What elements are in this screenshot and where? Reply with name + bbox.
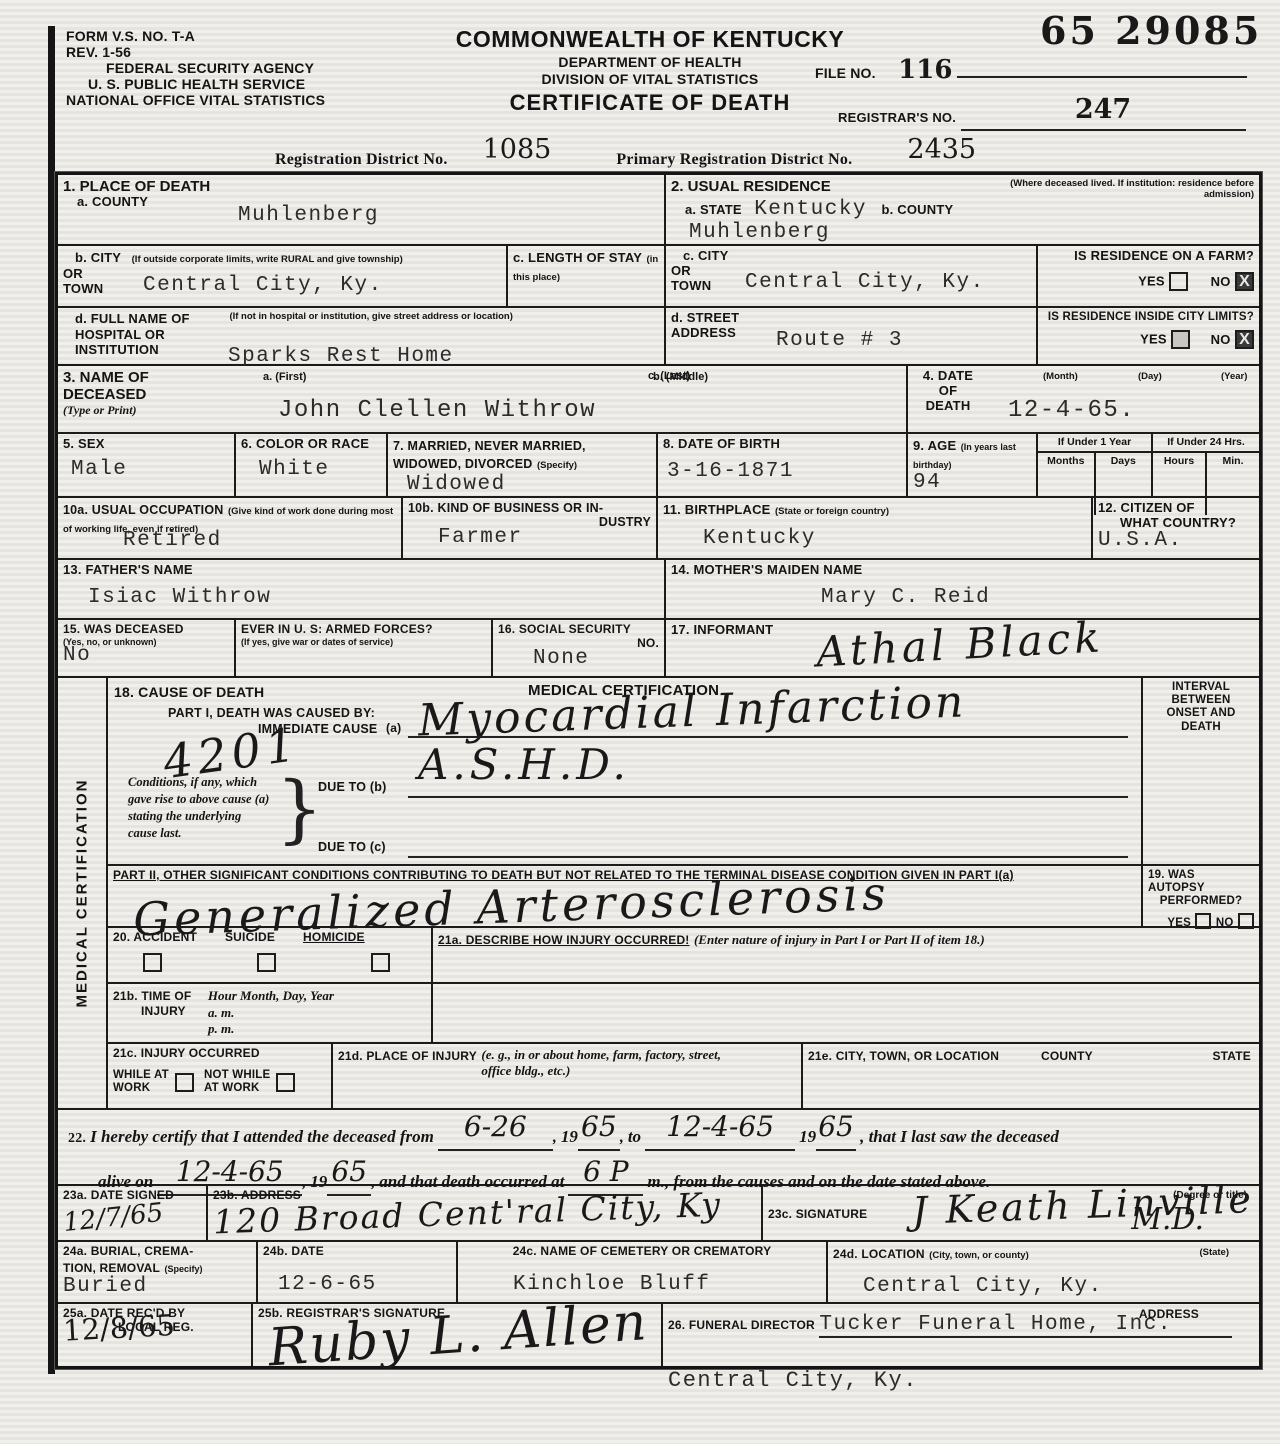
conditions-brace: } xyxy=(276,766,323,852)
date-of-death-cell: c. (Last) 4. DATE OF DEATH (Month) (Day)… xyxy=(908,366,1259,432)
certify-no: 22. xyxy=(68,1131,86,1146)
citizen-cell: 12. CITIZEN OF WHAT COUNTRY? U.S.A. xyxy=(1093,498,1259,558)
age-label: 9. AGE xyxy=(913,438,956,453)
funeral-director-city: Central City, Ky. xyxy=(668,1368,918,1393)
commonwealth-title: COMMONWEALTH OF KENTUCKY xyxy=(420,26,880,52)
burial-state-note: (State) xyxy=(1199,1247,1229,1258)
injury-state-label: STATE xyxy=(1212,1050,1251,1064)
month-col-label: (Month) xyxy=(1043,371,1078,382)
form-number: FORM V.S. NO. T-A xyxy=(66,28,325,44)
usual-residence-note: (Where deceased lived. If institution: r… xyxy=(1009,178,1254,201)
registrar-no-underline: 247 xyxy=(961,98,1246,131)
date-recd-cell: 25a. DATE REC'D BY LOCAL REG. 12/8/65 xyxy=(58,1304,253,1366)
was-deceased-cell: 15. WAS DECEASED (Yes, no, or unknown) N… xyxy=(58,620,236,676)
dob-label: 8. DATE OF BIRTH xyxy=(663,437,901,452)
division-line: DIVISION OF VITAL STATISTICS xyxy=(420,71,880,87)
street-label: d. STREET ADDRESS xyxy=(671,311,751,341)
certify-to-year: 65 xyxy=(818,1110,854,1143)
address-23b-cell: 23b. ADDRESS 120 Broad Cent'ral City, Ky xyxy=(208,1186,763,1240)
form-id-block: FORM V.S. NO. T-A REV. 1-56 FEDERAL SECU… xyxy=(66,28,325,108)
certify-alive-date: 12-4-65 xyxy=(176,1155,284,1188)
due-to-c-label: DUE TO (c) xyxy=(318,840,386,854)
not-while-at-work-checkbox xyxy=(276,1073,295,1092)
city-limits-cell: IS RESIDENCE INSIDE CITY LIMITS? YES NO … xyxy=(1038,308,1259,364)
marital-note: (Specify) xyxy=(537,460,577,471)
certify-from-date: 6-26 xyxy=(464,1110,527,1143)
day-col-label: (Day) xyxy=(1138,371,1162,382)
injury-county-label: COUNTY xyxy=(1041,1050,1093,1064)
comma-2: , xyxy=(620,1129,624,1146)
time-of-injury-blank xyxy=(433,984,1259,1042)
father-value: Isiac Withrow xyxy=(88,586,659,609)
race-label: 6. COLOR OR RACE xyxy=(241,437,381,452)
residence-state-label: a. STATE xyxy=(685,202,742,217)
injury-occurred-label: 21c. INJURY OCCURRED xyxy=(113,1047,326,1061)
place-city-label: b. CITY xyxy=(75,250,121,265)
registrar-no-line: REGISTRAR'S NO. 247 xyxy=(838,98,1246,131)
burial-type-label-2: TION, REMOVAL xyxy=(63,1261,160,1275)
year-printed-2: 19 xyxy=(799,1127,816,1146)
residence-city-cell: c. CITY OR TOWN Central City, Ky. xyxy=(666,246,1038,306)
dod-label-1: 4. DATE xyxy=(913,369,983,384)
autopsy-yes-label: YES xyxy=(1167,917,1191,929)
limits-yes-checkbox xyxy=(1171,330,1190,349)
dod-label-3: DEATH xyxy=(913,399,983,414)
injury-city-label: 21e. CITY, TOWN, OR LOCATION xyxy=(808,1049,999,1063)
occupation-value: Retired xyxy=(123,529,396,552)
time-of-injury-label-1: 21b. TIME OF xyxy=(113,989,191,1003)
reg-district-underline: 1085 xyxy=(452,140,582,173)
part2-cell: PART II, OTHER SIGNIFICANT CONDITIONS CO… xyxy=(108,866,1143,926)
certify-text-1: I hereby certify that I attended the dec… xyxy=(90,1127,434,1146)
under-1-year-cell: If Under 1 Year Months Days xyxy=(1038,434,1153,496)
pm-label: p. m. xyxy=(208,1021,426,1037)
farm-no-label: NO xyxy=(1211,274,1231,289)
cemetery-value: Kinchloe Bluff xyxy=(513,1273,821,1296)
dob-value: 3-16-1871 xyxy=(667,460,901,483)
cause-b-value: A.S.H.D. xyxy=(418,740,630,789)
year-printed-1: 19 xyxy=(561,1127,578,1146)
first-col-label: a. (First) xyxy=(263,371,306,384)
burial-date-cell: 24b. DATE 12-6-65 xyxy=(258,1242,458,1302)
am-label: a. m. xyxy=(208,1005,426,1021)
armed-forces-cell: EVER IN U. S: ARMED FORCES? (If yes, giv… xyxy=(236,620,493,676)
cemetery-label: 24c. NAME OF CEMETERY OR CREMATORY xyxy=(463,1245,821,1259)
injury-describe-note: (Enter nature of injury in Part I or Par… xyxy=(694,932,985,947)
time-of-injury-note: Hour Month, Day, Year xyxy=(208,988,334,1003)
business-label: 10b. KIND OF BUSINESS OR IN- xyxy=(408,501,651,515)
file-no-value: 116 xyxy=(898,55,952,85)
marital-cell: 7. MARRIED, NEVER MARRIED, WIDOWED, DIVO… xyxy=(388,434,658,496)
burial-type-cell: 24a. BURIAL, CREMA- TION, REMOVAL (Speci… xyxy=(58,1242,258,1302)
name-cell: 3. NAME OF DECEASED (Type or Print) a. (… xyxy=(58,366,908,432)
street-value: Route # 3 xyxy=(776,329,1031,352)
form-revision: REV. 1-56 xyxy=(66,44,325,60)
business-cell: 10b. KIND OF BUSINESS OR IN- DUSTRY Farm… xyxy=(403,498,658,558)
limits-no-label: NO xyxy=(1211,332,1231,347)
autopsy-cell: 19. WAS AUTOPSY PERFORMED? YES NO xyxy=(1143,866,1259,926)
father-label: 13. FATHER'S NAME xyxy=(63,563,659,578)
citizen-value: U.S.A. xyxy=(1098,529,1254,552)
name-sub-label: (Type or Print) xyxy=(63,403,233,417)
farm-no-checkbox: X xyxy=(1235,272,1254,291)
ssn-label-1: 16. SOCIAL SECURITY xyxy=(498,623,659,637)
under-24-hrs-label: If Under 24 Hrs. xyxy=(1153,434,1259,453)
homicide-checkbox xyxy=(371,953,390,972)
registrar-no-label: REGISTRAR'S NO. xyxy=(838,110,956,125)
signature-23c-label: 23c. SIGNATURE xyxy=(768,1207,867,1221)
occupation-label: 10a. USUAL OCCUPATION xyxy=(63,503,223,517)
deceased-name-value: John Clellen Withrow xyxy=(278,397,596,424)
part1-label: PART I, DEATH WAS CAUSED BY: xyxy=(168,706,375,720)
birthplace-cell: 11. BIRTHPLACE (State or foreign country… xyxy=(658,498,1093,558)
limits-no-checkbox: X xyxy=(1235,330,1254,349)
name-label: 3. NAME OF DECEASED xyxy=(63,369,183,403)
limits-yes-label: YES xyxy=(1140,332,1167,347)
primary-reg-label: Primary Registration District No. xyxy=(616,151,852,168)
birthplace-note: (State or foreign country) xyxy=(775,506,889,517)
comma-1: , xyxy=(553,1129,557,1146)
residence-farm-cell: IS RESIDENCE ON A FARM? YES NO X xyxy=(1038,246,1259,306)
agency-line-2: U. S. PUBLIC HEALTH SERVICE xyxy=(88,76,325,92)
reg-district-label: Registration District No. xyxy=(275,151,448,168)
marital-value: Widowed xyxy=(407,473,651,496)
certify-to: to xyxy=(628,1127,641,1146)
under-1-year-label: If Under 1 Year xyxy=(1038,434,1151,453)
dob-cell: 8. DATE OF BIRTH 3-16-1871 xyxy=(658,434,908,496)
place-of-injury-cell: 21d. PLACE OF INJURY (e. g., in or about… xyxy=(333,1044,803,1108)
cause-c-line xyxy=(408,856,1128,858)
residence-county-label: b. COUNTY xyxy=(881,202,953,217)
was-deceased-label: 15. WAS DECEASED xyxy=(63,623,229,637)
certify-row: 22. I hereby certify that I attended the… xyxy=(58,1110,1259,1186)
mother-label: 14. MOTHER'S MAIDEN NAME xyxy=(671,563,1254,578)
age-value: 94 xyxy=(913,471,1031,494)
year-col-label: (Year) xyxy=(1221,371,1247,382)
serial-number: 65 29085 xyxy=(1040,8,1262,53)
interval-cell: INTERVAL BETWEEN ONSET AND DEATH xyxy=(1143,678,1259,864)
burial-type-label-1: 24a. BURIAL, CREMA- xyxy=(63,1245,251,1259)
hospital-cell: d. FULL NAME OF HOSPITAL OR INSTITUTION … xyxy=(58,308,666,364)
registration-district-line: Registration District No. 1085 Primary R… xyxy=(275,140,1027,173)
agency-line-1: FEDERAL SECURITY AGENCY xyxy=(106,60,325,76)
burial-date-label: 24b. DATE xyxy=(263,1245,451,1259)
informant-cell: 17. INFORMANT Athal Black xyxy=(666,620,1259,676)
under-24-hrs-cell: If Under 24 Hrs. Hours Min. xyxy=(1153,434,1259,496)
place-of-death-title: 1. PLACE OF DEATH xyxy=(63,178,659,195)
place-or-town-label: OR TOWN xyxy=(63,267,123,297)
residence-city-label: c. CITY xyxy=(683,249,1031,264)
ssn-cell: 16. SOCIAL SECURITY NO. None xyxy=(493,620,666,676)
residence-city-value: Central City, Ky. xyxy=(745,271,985,294)
line-a-label: (a) xyxy=(386,722,401,736)
cause-a-line xyxy=(408,736,1128,738)
father-cell: 13. FATHER'S NAME Isiac Withrow xyxy=(58,560,666,618)
burial-location-value: Central City, Ky. xyxy=(863,1275,1254,1298)
injury-city-cell: 21e. CITY, TOWN, OR LOCATION COUNTY STAT… xyxy=(803,1044,1259,1108)
place-city-value: Central City, Ky. xyxy=(143,274,383,297)
not-while-at-work-label: NOT WHILEAT WORK xyxy=(204,1069,276,1095)
funeral-director-cell: 26. FUNERAL DIRECTOR ADDRESS Tucker Fune… xyxy=(663,1304,1259,1366)
certify-to-year-underline: 65 xyxy=(816,1116,856,1151)
sex-label: 5. SEX xyxy=(63,437,229,452)
scan-edge-bar xyxy=(48,26,55,1374)
certify-text-2: , that I last saw the deceased xyxy=(860,1127,1059,1146)
file-no-underline xyxy=(957,76,1247,78)
certificate-title: CERTIFICATE OF DEATH xyxy=(420,90,880,115)
occupation-cell: 10a. USUAL OCCUPATION (Give kind of work… xyxy=(58,498,403,558)
primary-reg-underline: 2435 xyxy=(857,140,1027,173)
burial-location-note: (City, town, or county) xyxy=(929,1250,1029,1261)
autopsy-label-2: PERFORMED? xyxy=(1148,895,1254,908)
dept-line: DEPARTMENT OF HEALTH xyxy=(420,54,880,70)
primary-reg-value: 2435 xyxy=(907,134,976,165)
race-value: White xyxy=(259,458,381,481)
title-block: COMMONWEALTH OF KENTUCKY DEPARTMENT OF H… xyxy=(420,26,880,115)
residence-state-value: Kentucky xyxy=(754,198,867,221)
residence-or-town-label: OR TOWN xyxy=(671,264,731,294)
registrar-signature-value: Ruby L. Allen xyxy=(266,1291,657,1378)
place-of-injury-label: 21d. PLACE OF INJURY xyxy=(338,1049,477,1063)
injury-describe-cell: 21a. DESCRIBE HOW INJURY OCCURRED! (Ente… xyxy=(433,928,1259,982)
injury-occurred-cell: 21c. INJURY OCCURRED WHILE ATWORK NOT WH… xyxy=(108,1044,333,1108)
length-of-stay-label: c. LENGTH OF STAY xyxy=(513,250,642,265)
dod-label-2: OF xyxy=(913,384,983,399)
registrar-signature-cell: 25b. REGISTRAR'S SIGNATURE Ruby L. Allen xyxy=(253,1304,663,1366)
street-address-cell: d. STREET ADDRESS Route # 3 xyxy=(666,308,1038,364)
certify-to-underline: 12-4-65 xyxy=(645,1116,795,1151)
length-of-stay-cell: c. LENGTH OF STAY (in this place) xyxy=(508,246,666,306)
certify-alive-year: 65 xyxy=(331,1155,367,1188)
certify-death-time: 6 P xyxy=(583,1155,629,1188)
while-at-work-label: WHILE ATWORK xyxy=(113,1069,175,1095)
registrar-no-value: 247 xyxy=(1075,94,1131,125)
place-county-value: Muhlenberg xyxy=(238,204,659,227)
armed-forces-label: EVER IN U. S: ARMED FORCES? xyxy=(241,623,486,637)
cause-of-death-cell: 18. CAUSE OF DEATH MEDICAL CERTIFICATION… xyxy=(108,678,1143,864)
conditions-note: Conditions, if any, which gave rise to a… xyxy=(128,774,273,842)
reg-district-value: 1085 xyxy=(483,134,552,165)
hospital-value: Sparks Rest Home xyxy=(228,345,659,368)
certificate-table: 1. PLACE OF DEATH a. COUNTY Muhlenberg 2… xyxy=(55,172,1262,1369)
funeral-director-label: 26. FUNERAL DIRECTOR xyxy=(668,1318,815,1332)
race-cell: 6. COLOR OR RACE White xyxy=(236,434,388,496)
usual-residence-cell: 2. USUAL RESIDENCE (Where deceased lived… xyxy=(666,175,1259,244)
citizen-label-1: 12. CITIZEN OF xyxy=(1098,501,1254,516)
while-at-work-checkbox xyxy=(175,1073,194,1092)
residence-county-value: Muhlenberg xyxy=(689,221,830,244)
place-city-note: (If outside corporate limits, write RURA… xyxy=(132,254,403,265)
hospital-note: (If not in hospital or institution, give… xyxy=(229,311,579,322)
medical-certification-band: MEDICAL CERTIFICATION xyxy=(58,678,108,1108)
farm-yes-checkbox xyxy=(1169,272,1188,291)
injury-describe-label: 21a. DESCRIBE HOW INJURY OCCURRED! xyxy=(438,933,690,947)
mother-value: Mary C. Reid xyxy=(821,586,1254,609)
burial-date-value: 12-6-65 xyxy=(278,1273,451,1296)
medical-certification-side-label: MEDICAL CERTIFICATION xyxy=(74,779,91,1008)
time-of-injury-cell: 21b. TIME OF Hour Month, Day, Year INJUR… xyxy=(108,984,433,1042)
burial-type-value: Buried xyxy=(63,1275,251,1298)
burial-location-label: 24d. LOCATION xyxy=(833,1247,925,1261)
file-no-label: FILE NO. xyxy=(815,65,876,81)
funeral-address-label: ADDRESS xyxy=(1139,1308,1199,1322)
place-of-death-cell: 1. PLACE OF DEATH a. COUNTY Muhlenberg xyxy=(58,175,666,244)
agency-line-3: NATIONAL OFFICE VITAL STATISTICS xyxy=(66,92,325,108)
accident-checkbox xyxy=(143,953,162,972)
date-signed-cell: 23a. DATE SIGNED 12/7/65 xyxy=(58,1186,208,1240)
interval-label-1: INTERVAL BETWEEN xyxy=(1148,681,1254,707)
birthplace-label: 11. BIRTHPLACE xyxy=(663,502,771,517)
certify-from-underline: 6-26 xyxy=(438,1116,553,1151)
last-col-label: c. (Last) xyxy=(648,370,690,383)
certify-from-year: 65 xyxy=(581,1110,617,1143)
suicide-checkbox xyxy=(257,953,276,972)
farm-yes-label: YES xyxy=(1138,274,1165,289)
sex-value: Male xyxy=(71,458,229,481)
due-to-b-label: DUE TO (b) xyxy=(318,780,386,794)
dod-value: 12-4-65. xyxy=(1008,397,1135,424)
birthplace-value: Kentucky xyxy=(703,527,1086,550)
farm-question: IS RESIDENCE ON A FARM? xyxy=(1043,249,1254,264)
certify-from-year-underline: 65 xyxy=(578,1116,620,1151)
sex-cell: 5. SEX Male xyxy=(58,434,236,496)
autopsy-label-1: 19. WAS AUTOPSY xyxy=(1148,869,1254,895)
armed-forces-note: (If yes, give war or dates of service) xyxy=(241,637,486,648)
limits-question: IS RESIDENCE INSIDE CITY LIMITS? xyxy=(1043,311,1254,324)
hospital-label: d. FULL NAME OF HOSPITAL OR INSTITUTION xyxy=(75,311,225,358)
interval-label-2: ONSET AND DEATH xyxy=(1148,707,1254,733)
place-city-cell: b. CITY (If outside corporate limits, wr… xyxy=(58,246,508,306)
cause-of-death-label: 18. CAUSE OF DEATH xyxy=(114,684,264,700)
file-no-line: FILE NO. 116 xyxy=(815,55,1247,85)
burial-type-note: (Specify) xyxy=(165,1264,203,1274)
autopsy-no-label: NO xyxy=(1216,917,1234,929)
place-of-injury-note: (e. g., in or about home, farm, factory,… xyxy=(481,1047,751,1079)
age-cell: 9. AGE (In years last birthday) 94 xyxy=(908,434,1038,496)
burial-location-cell: 24d. LOCATION (City, town, or county) (S… xyxy=(828,1242,1259,1302)
cause-b-line xyxy=(408,796,1128,798)
degree-value: M.D. xyxy=(1131,1202,1204,1237)
certify-to-date: 12-4-65 xyxy=(666,1110,774,1143)
signature-23c-cell: 23c. SIGNATURE (Degree or title) J Keath… xyxy=(763,1186,1259,1240)
usual-residence-title: 2. USUAL RESIDENCE xyxy=(671,178,831,195)
